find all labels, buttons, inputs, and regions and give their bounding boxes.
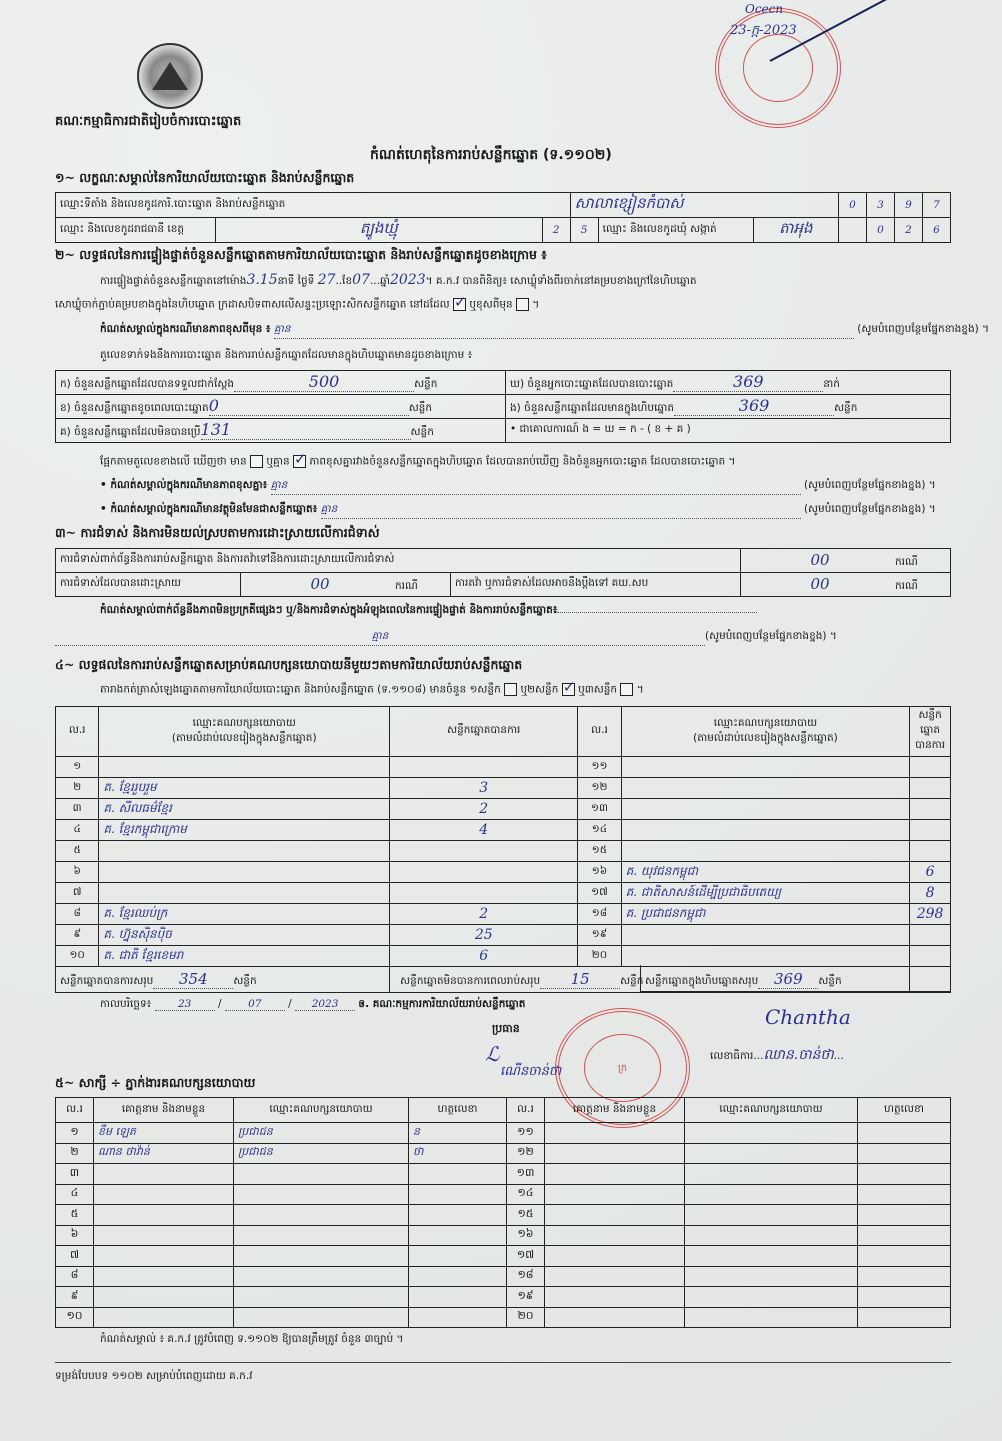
party-name: គ. ជាតិសាសន៍ដើម្បីប្រជាធិបតេយ្យ [621,883,910,904]
row-number: ១៥ [507,1205,545,1226]
table-row: ១០២០ [56,1307,951,1328]
witness-name [545,1184,685,1205]
table-row: ៥១៥ [56,1205,951,1226]
seal-intact-checkbox[interactable] [453,298,466,311]
verify-time: 3.15 [246,272,277,288]
witness-name: ខឹម ឡេត [94,1123,234,1144]
table-row: ៤១៤ [56,1184,951,1205]
party-name [621,946,910,967]
witness-name [545,1164,685,1185]
party-name: គ. ខ្មែររួបរួម [99,778,390,799]
witness-name [545,1266,685,1287]
witness-party [234,1205,409,1226]
verify-day: 27 [318,272,336,288]
row-number: ៦ [56,862,99,883]
witness-signature: ន [409,1123,507,1144]
witness-signature [409,1225,507,1246]
party-votes [910,925,951,946]
row-number: ១៩ [578,925,621,946]
witness-signature [858,1287,951,1308]
discrepancy-none-checkbox[interactable] [293,455,306,468]
total-invalid-value: 15 [540,970,620,989]
party-name [99,841,390,862]
date-year: 2023 [295,998,355,1011]
row-number: ៤ [56,1184,94,1205]
table-row: ៣១៣ [56,1164,951,1185]
station-code-digit: 9 [895,193,923,218]
verify-year: 2023 [390,272,426,288]
party-votes: 2 [390,904,578,925]
witness-signature [409,1246,507,1267]
objections-table: ការជំទាស់ពាក់ព័ន្ធនឹងការរាប់សន្លឹកឆ្នោត … [55,548,951,597]
party-votes [910,757,951,778]
party-votes: 2 [390,799,578,820]
party-name: គ. ខ្មែរកម្ពុជាក្រោម [99,820,390,841]
row-number: ៣ [56,1164,94,1185]
objection-note-line: កំណត់សម្គាល់ពាក់ព័ន្ធនឹងភាពមិនប្រក្រតីផ្… [100,604,757,619]
witness-signature [409,1307,507,1328]
witness-party [234,1307,409,1328]
witness-party [685,1143,858,1164]
witness-signature [858,1225,951,1246]
party-votes [910,778,951,799]
party-name: គ. ប្រជាជនកម្ពុជា [621,904,910,925]
row-number: ៤ [56,820,99,841]
witness-signature [858,1205,951,1226]
station-code-digit: 3 [867,193,895,218]
objection-note-line-2: គ្មាន(សូមបំពេញបន្ថែមផ្នែកខាងខ្នង) ។ [55,630,837,646]
counts-intro: តួលេខទាក់ទងនឹងការបោះឆ្នោត និងការរាប់សន្ល… [100,349,472,364]
two-sheet-checkbox[interactable] [562,683,575,696]
province-label: ឈ្មោះ និងលេខកូដរាជធានី ខេត្ត [56,218,216,243]
witness-signature [858,1266,951,1287]
party-votes: 298 [910,904,951,925]
date-line: កាលបរិច្ឆេទ៖ 23 / 07 / 2023 ឲ. គណៈកម្មកា… [100,998,525,1013]
verify-line: ការផ្ទៀងផ្ទាត់ចំនួនសន្លឹកឆ្នោតនៅម៉ោង3.15… [100,272,697,290]
unused-ballots-value: 131 [201,420,411,440]
row-number: ១៦ [578,862,621,883]
ballots-in-box-value: 369 [674,396,834,416]
row-number: ១៥ [578,841,621,862]
party-votes [390,757,578,778]
witness-party: ប្រជាជន [234,1123,409,1144]
party-votes: 8 [910,883,951,904]
resolved-value: 00 [245,575,395,593]
org-name: គណៈកម្មាធិការជាតិរៀបចំការបោះឆ្នោត [55,113,241,132]
row-number: ១ [56,757,99,778]
witness-signature [409,1205,507,1226]
row-number: ៣ [56,799,99,820]
row-number: ១៨ [507,1266,545,1287]
party-votes: 6 [390,946,578,967]
party-votes [910,841,951,862]
witness-table: ល.រ គោត្តនាម និងនាមខ្លួន ឈ្មោះគណបក្សនយោប… [55,1097,951,1328]
witness-party [234,1246,409,1267]
formula: • ជាគោលការណ៍ ង = ឃ = ក - ( ខ + គ ) [506,419,951,443]
table-row: ៨គ. ខ្មែរឈប់ក្រ2១៨គ. ប្រជាជនកម្ពុជា298 [56,904,951,925]
witness-name [94,1164,234,1185]
table-row: ៨១៨ [56,1266,951,1287]
table-row: ១ខឹម ឡេតប្រជាជនន១១ [56,1123,951,1144]
commune-code-digit: 6 [923,218,951,243]
party-votes [390,883,578,904]
section-3-title: ៣~ ការជំទាស់ និងការមិនយល់ស្របតាមការដោះស្… [55,525,379,544]
row-number: ៥ [56,1205,94,1226]
verify-month: 07 [352,272,370,288]
row-number: ១៧ [578,883,621,904]
witness-name [545,1307,685,1328]
witness-name [94,1205,234,1226]
row-number: ១៨ [578,904,621,925]
seal-line: សោឃ្លុំចាក់ភ្ជាប់គម្របខាងក្នុងនៃហិបឆ្នោត… [55,298,539,314]
row-number: ៨ [56,904,99,925]
divider [55,1362,951,1363]
witness-name [545,1205,685,1226]
row-number: ៩ [56,925,99,946]
party-votes: 6 [910,862,951,883]
party-votes [390,862,578,883]
witness-name [545,1246,685,1267]
row-number: ២ [56,1143,94,1164]
party-name: គ. ជាតិ ខ្មែរខេមរា [99,946,390,967]
commune-code-digit: 2 [895,218,923,243]
witness-party [685,1287,858,1308]
witness-party [234,1184,409,1205]
witness-party [685,1307,858,1328]
one-sheet-checkbox[interactable] [504,683,517,696]
table-row: ៩គ. ហ្វ៊ុនស៊ិនប៉ិច25១៩ [56,925,951,946]
row-number: ៨ [56,1266,94,1287]
party-name: គ. ខ្មែរឈប់ក្រ [99,904,390,925]
nec-logo [137,43,203,109]
section-2-title: ២~ លទ្ធផលនៃការផ្ទៀងផ្ទាត់ចំនួនសន្លឹកឆ្នោ… [55,247,547,266]
row-number: ២០ [507,1307,545,1328]
note-foreign-line: • កំណត់សម្គាល់ក្នុងករណីមានវត្ថុមិនមែនជាស… [100,503,936,519]
secretary-name: ឈាន.ចាន់ថា [763,1047,833,1063]
party-name [99,883,390,904]
stamp-date: 23-ក្ក-2023 [730,22,797,41]
spoiled-ballots-value: 0 [209,396,409,416]
station-info-table: ឈ្មោះទីតាំង និងលេខកូដការិ.បោះឆ្នោត និងរា… [55,192,951,243]
row-number: ១២ [578,778,621,799]
table-row: ១០គ. ជាតិ ខ្មែរខេមរា6២០ [56,946,951,967]
witness-name [545,1225,685,1246]
witness-party: ប្រជាជន [234,1143,409,1164]
commune-value: តាអុង [753,218,838,243]
section-5-title: ៥~ សាក្សី ÷ ភ្នាក់ងារគណបក្សនយោបាយ [55,1075,255,1094]
party-votes [910,946,951,967]
three-sheet-checkbox[interactable] [620,683,633,696]
witness-party [685,1225,858,1246]
party-name [99,757,390,778]
province-code-digit: 2 [542,218,570,243]
form-title: កំណត់ហេតុនៃការរាប់សន្លឹកឆ្នោត (ទ.១១០២) [370,145,612,166]
seal-diff-checkbox[interactable] [516,298,529,311]
row-number: ១៤ [578,820,621,841]
witness-signature [858,1164,951,1185]
party-votes [390,841,578,862]
party-name [621,820,910,841]
witness-name [94,1266,234,1287]
row-number: ១០ [56,1307,94,1328]
table-row: ៤គ. ខ្មែរកម្ពុជាក្រោម4១៤ [56,820,951,841]
witness-party [234,1164,409,1185]
party-name: គ. យុវជនកម្ពុជា [621,862,910,883]
row-number: ១២ [507,1143,545,1164]
witness-name [94,1184,234,1205]
row-number: ៩ [56,1287,94,1308]
footnote: កំណត់សម្គាល់ ៖ គ.ក.វ ត្រូវបំពេញ ទ.១១០២ ឱ… [100,1333,403,1348]
date-month: 07 [225,998,285,1011]
witness-name: ណាន ថាវ៉ាន់ [94,1143,234,1164]
row-number: ២០ [578,946,621,967]
table-row: ២ណាន ថាវ៉ាន់ប្រជាជនថា១២ [56,1143,951,1164]
station-code-digit: 0 [839,193,867,218]
witness-party [234,1225,409,1246]
form-note: ទម្រង់បែបបទ ១១០២ សម្រាប់បំពេញដោយ គ.ក.វ [55,1370,253,1385]
witness-party [685,1205,858,1226]
row-number: ១ [56,1123,94,1144]
party-votes: 4 [390,820,578,841]
party-votes [910,820,951,841]
ballot-counts-table: ក) ចំនួនសន្លឹកឆ្នោតដែលបានទទួលជាក់ស្ដែង50… [55,370,951,443]
witness-signature [858,1246,951,1267]
witness-name [545,1287,685,1308]
row-number: ១៧ [507,1246,545,1267]
appeal-label: ការតវ៉ា ឬការជំទាស់ដែលអាចនឹងប្ដឹងទៅ គឃ.សប [451,573,741,597]
secretary-line: លេខាធិការ...ឈាន.ចាន់ថា... [710,1045,844,1066]
discrepancy-has-checkbox[interactable] [250,455,263,468]
witness-name [545,1143,685,1164]
row-number: ៧ [56,883,99,904]
witness-signature [858,1123,951,1144]
witness-signature [409,1184,507,1205]
commune-code-digit: 0 [867,218,895,243]
row-number: ១១ [507,1123,545,1144]
table-row: ៦១៦គ. យុវជនកម្ពុជា6 [56,862,951,883]
appeal-value: 00 [745,575,895,593]
chair-name: ណើនចាន់ថា [500,1063,561,1082]
table-row: ៥១៥ [56,841,951,862]
party-name [621,778,910,799]
secretary-signature: Chantha [765,1005,851,1029]
row-number: ១១ [578,757,621,778]
note-diff-value: គ្មាន [274,323,854,339]
objections-value: 00 [745,551,895,569]
row-number: ១៣ [507,1164,545,1185]
table-row: ១១១ [56,757,951,778]
row-number: ១៣ [578,799,621,820]
row-number: ១០ [56,946,99,967]
total-box-cell: សន្លឹកឆ្នោតក្នុងហិបឆ្នោតសរុប369សន្លឹក [640,965,951,992]
table-row: ៧១៧គ. ជាតិសាសន៍ដើម្បីប្រជាធិបតេយ្យ8 [56,883,951,904]
witness-party [234,1287,409,1308]
witness-party [685,1184,858,1205]
ballots-received-value: 500 [234,372,414,392]
party-votes [910,799,951,820]
witness-party [685,1123,858,1144]
province-code-digit: 5 [570,218,598,243]
stamp-annotation: Ocecn [745,2,783,16]
row-number: ១៦ [507,1225,545,1246]
station-code-digit: 7 [923,193,951,218]
total-box-value: 369 [758,970,818,989]
section-4-title: ៤~ លទ្ធផលនៃការរាប់សន្លឹកឆ្នោតសម្រាប់គណបក… [55,657,522,676]
party-name: គ. សីលធម៌ខ្មែរ [99,799,390,820]
station-value: សាលាខ្សៀនកំបាស់ [570,193,838,218]
party-name [621,757,910,778]
witness-name [94,1287,234,1308]
row-number: ១៤ [507,1184,545,1205]
province-value: ត្បូងឃ្មុំ [216,218,543,243]
sheets-line: តារាងកត់ត្រាសំឡេងឆ្នោតតាមការិយាល័យបោះឆ្ន… [100,683,644,699]
party-name [621,841,910,862]
party-name: គ. ហ្វ៊ុនស៊ិនប៉ិច [99,925,390,946]
table-row: ៩១៩ [56,1287,951,1308]
witness-party [685,1266,858,1287]
section-1-title: ១~ លក្ខណៈសម្គាល់នៃការិយាល័យបោះឆ្នោត និងរ… [55,170,354,189]
witness-signature [409,1164,507,1185]
note-diff-line: កំណត់សម្គាល់ក្នុងករណីមានភាពខុសពីមុន ៖ គ្… [100,323,989,339]
row-number: ១៩ [507,1287,545,1308]
party-name [621,925,910,946]
table-row: ៣គ. សីលធម៌ខ្មែរ2១៣ [56,799,951,820]
row-number: ៥ [56,841,99,862]
witness-name [94,1307,234,1328]
party-votes: 3 [390,778,578,799]
row-number: ៧ [56,1246,94,1267]
party-votes: 25 [390,925,578,946]
witness-signature [858,1307,951,1328]
resolved-label: ការជំទាស់ដែលបានដោះស្រាយ [56,573,241,597]
witness-signature: ថា [409,1143,507,1164]
witness-signature [409,1266,507,1287]
witness-signature [409,1287,507,1308]
witness-name [94,1246,234,1267]
chair-signature: ℒ [485,1042,499,1066]
station-label: ឈ្មោះទីតាំង និងលេខកូដការិ.បោះឆ្នោត និងរា… [56,193,571,218]
witness-name [545,1123,685,1144]
party-results-table: ល.រ ឈ្មោះគណបក្សនយោបាយ(តាមលំដាប់លេខរៀងក្ន… [55,706,951,993]
commune-label: ឈ្មោះ និងលេខកូដឃុំ សង្កាត់ [598,218,753,243]
table-row: ៧១៧ [56,1246,951,1267]
party-name [99,862,390,883]
witness-party [685,1246,858,1267]
witness-party [234,1266,409,1287]
row-number: ៦ [56,1225,94,1246]
table-row: ៦១៦ [56,1225,951,1246]
objections-label: ការជំទាស់ពាក់ព័ន្ធនឹងការរាប់សន្លឹកឆ្នោត … [56,549,741,573]
table-row: ២គ. ខ្មែររួបរួម3១២ [56,778,951,799]
date-day: 23 [155,998,215,1011]
witness-signature [858,1143,951,1164]
total-valid-value: 354 [153,970,233,989]
discrepancy-line: ផ្អែកតាមតួលេខខាងលើ ឃើញថា មាន ឬគ្មាន ភាពខ… [100,455,735,471]
note-discrepancy-line: • កំណត់សម្គាល់ក្នុងករណីមានភាពខុសគ្នា៖ គ្… [100,479,936,495]
witness-party [685,1164,858,1185]
chair-label: ប្រធាន [492,1022,520,1038]
row-number: ២ [56,778,99,799]
party-name [621,799,910,820]
voters-count-value: 369 [673,372,823,392]
witness-name [94,1225,234,1246]
witness-signature [858,1184,951,1205]
